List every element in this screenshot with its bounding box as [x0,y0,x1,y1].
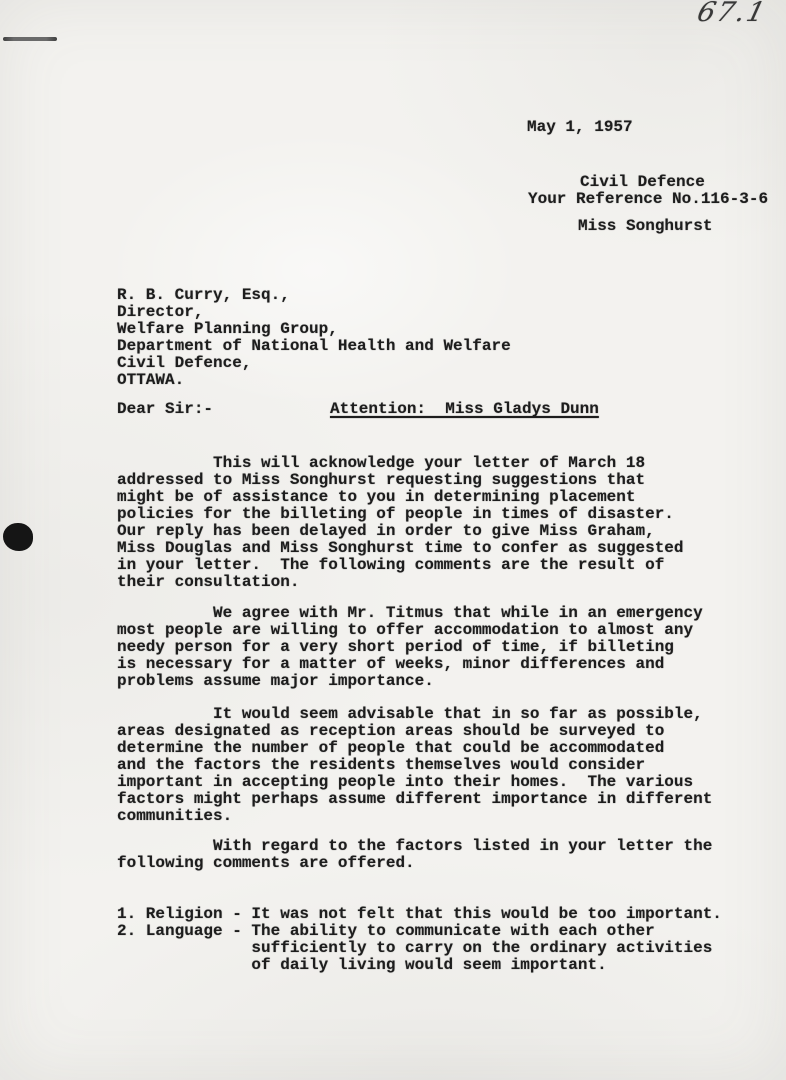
numbered-comment-line: 2. Language - The ability to communicate… [117,923,722,940]
text-line: areas designated as reception areas shou… [117,723,712,740]
letter-date: May 1, 1957 [527,119,633,136]
text-line: Our reply has been delayed in order to g… [117,523,684,540]
text-line: communities. [117,808,712,825]
ink-blot [3,523,33,551]
text-line: addressed to Miss Songhurst requesting s… [117,472,684,489]
text-line: might be of assistance to you in determi… [117,489,684,506]
address-line: Director, [117,304,511,321]
text-line: determine the number of people that coul… [117,740,712,757]
address-line: Department of National Health and Welfar… [117,338,511,355]
text-line: is necessary for a matter of weeks, mino… [117,656,703,673]
text-line: in your letter. The following comments a… [117,557,684,574]
text-line: This will acknowledge your letter of Mar… [117,455,684,472]
paragraph-1: This will acknowledge your letter of Mar… [117,455,684,591]
text-line: following comments are offered. [117,855,712,872]
paragraph-3: It would seem advisable that in so far a… [117,706,712,825]
text-line: With regard to the factors listed in you… [117,838,712,855]
text-line: policies for the billeting of people in … [117,506,684,523]
numbered-comment-line: 1. Religion - It was not felt that this … [117,906,722,923]
numbered-comment-line: of daily living would seem important. [117,957,722,974]
text-line: and the factors the residents themselves… [117,757,712,774]
text-line: factors might perhaps assume different i… [117,791,712,808]
recipient-address: R. B. Curry, Esq.,Director,Welfare Plann… [117,287,511,389]
punch-hole [7,245,35,273]
handwritten-page-number: 67.1 [696,4,768,21]
text-line: Miss Douglas and Miss Songhurst time to … [117,540,684,557]
address-line: Civil Defence, [117,355,511,372]
text-line: We agree with Mr. Titmus that while in a… [117,605,703,622]
text-line: problems assume major importance. [117,673,703,690]
attention-line: Attention: Miss Gladys Dunn [330,401,599,418]
text-line: important in accepting people into their… [117,774,712,791]
paragraph-4: With regard to the factors listed in you… [117,838,712,872]
address-line: OTTAWA. [117,372,511,389]
text-line: most people are willing to offer accommo… [117,622,703,639]
text-line: their consultation. [117,574,684,591]
reference-department: Civil Defence [580,174,705,191]
scan-mark-line [3,37,57,41]
address-line: Welfare Planning Group, [117,321,511,338]
salutation: Dear Sir:- [117,401,213,418]
text-line: needy person for a very short period of … [117,639,703,656]
paragraph-2: We agree with Mr. Titmus that while in a… [117,605,703,690]
scanned-letter-page: 67.1 May 1, 1957 Civil Defence Your Refe… [0,0,786,1080]
numbered-comments: 1. Religion - It was not felt that this … [117,906,722,974]
numbered-comment-line: sufficiently to carry on the ordinary ac… [117,940,722,957]
reference-attention-name: Miss Songhurst [578,218,712,235]
text-line: It would seem advisable that in so far a… [117,706,712,723]
address-line: R. B. Curry, Esq., [117,287,511,304]
reference-number: Your Reference No.116-3-6 [528,191,768,208]
